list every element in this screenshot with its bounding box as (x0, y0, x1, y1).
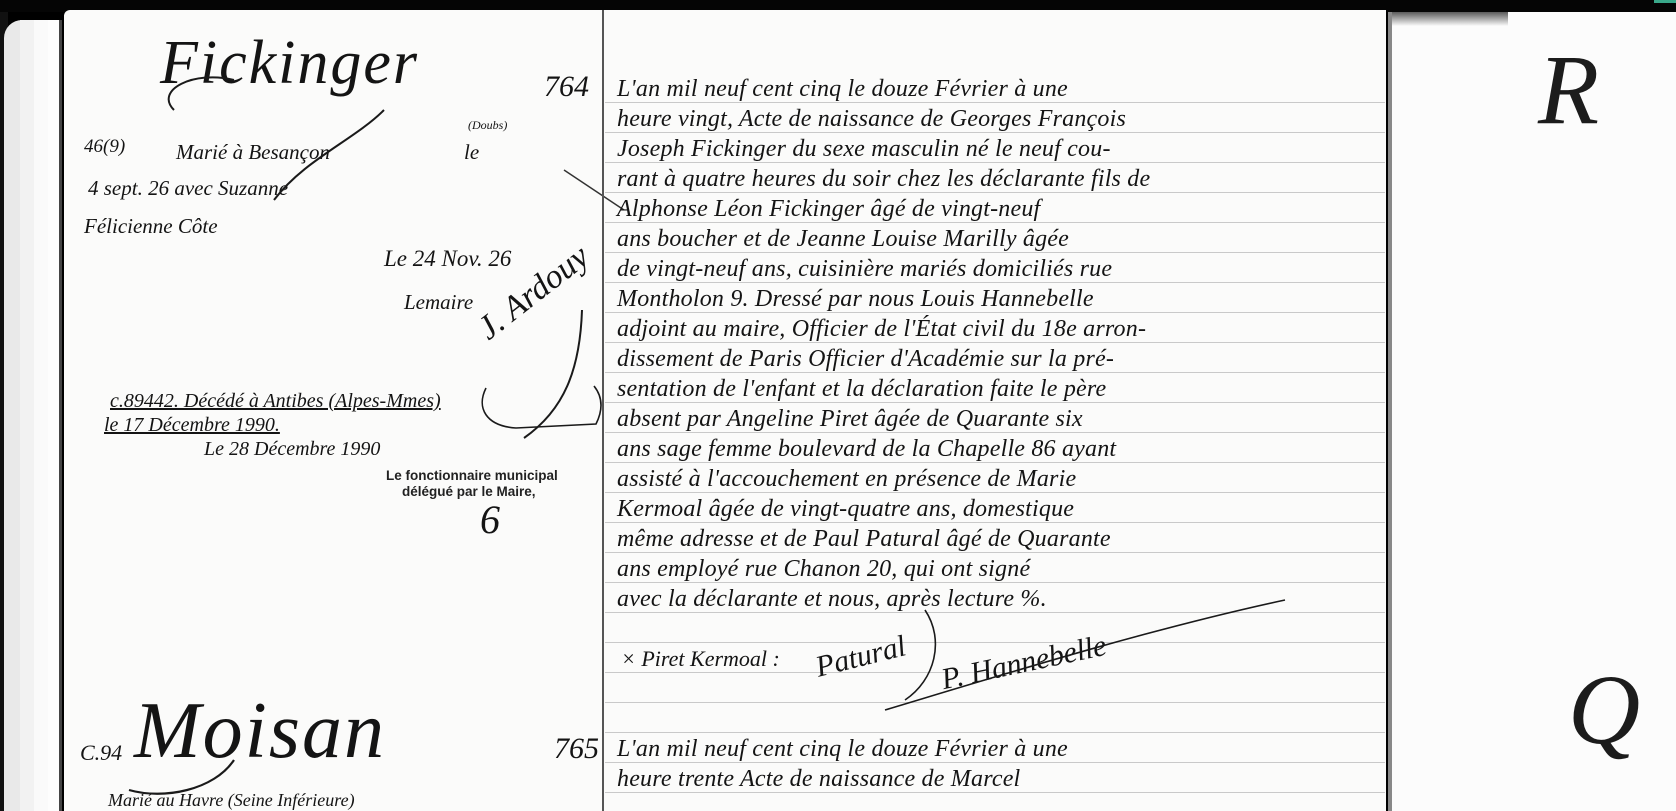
act-text-line: ans sage femme boulevard de la Chapelle … (617, 436, 1116, 463)
marriage-mention-signature: Lemaire (404, 290, 473, 315)
marriage-mention-date: Le 24 Nov. 26 (384, 246, 511, 272)
marriage-note-line-3: Félicienne Côte (84, 214, 218, 239)
moisan-flourish (124, 750, 244, 810)
act-text-line: même adresse et de Paul Patural âgé de Q… (617, 526, 1111, 553)
act-text-line: absent par Angeline Piret âgée de Quaran… (617, 406, 1083, 433)
act-text-line: sentation de l'enfant et la déclaration … (617, 376, 1106, 403)
signature-paraph (865, 590, 1305, 720)
gutter-shadow (1388, 12, 1508, 26)
column-divider (602, 10, 604, 811)
act-text-line: adjoint au maire, Officier de l'État civ… (617, 316, 1146, 343)
act-text-line: de vingt-neuf ans, cuisinière mariés dom… (617, 256, 1112, 283)
act-text-line: Montholon 9. Dressé par nous Louis Hanne… (617, 286, 1094, 313)
act-text-line: L'an mil neuf cent cinq le douze Février… (617, 76, 1068, 103)
margin-reference: C.94 (80, 740, 122, 766)
stamp-initial-signature: 6 (480, 496, 500, 543)
act-text-line: ans boucher et de Jeanne Louise Marilly … (617, 226, 1069, 253)
act-text-line: rant à quatre heures du soir chez les dé… (617, 166, 1150, 193)
witness-signatures: × Piret Kermoal : (621, 646, 780, 672)
act-text-line: heure vingt, Acte de naissance de George… (617, 106, 1126, 133)
death-note-line-1: c.89442. Décédé à Antibes (Alpes-Mmes) (110, 390, 441, 413)
facing-page: R Q (1388, 12, 1676, 811)
facing-page-capital: Q (1568, 652, 1640, 767)
death-note-line-2: le 17 Décembre 1990. (104, 414, 280, 437)
act-text-line: heure trente Acte de naissance de Marcel (617, 766, 1020, 793)
window-accent-bar (1654, 0, 1676, 3)
book-binding (0, 12, 70, 811)
act-text-line: Alphonse Léon Fickinger âgé de vingt-neu… (617, 196, 1040, 223)
death-record-date: Le 28 Décembre 1990 (204, 438, 380, 461)
act-text-line: dissement de Paris Officier d'Académie s… (617, 346, 1114, 373)
margin-column: Fickinger 46(9) Marié à Besançon le (Dou… (64, 10, 602, 811)
page-edge (48, 20, 62, 811)
act-text-line: Joseph Fickinger du sexe masculin né le … (617, 136, 1111, 163)
act-text-line: Kermoal âgée de vingt-quatre ans, domest… (617, 496, 1074, 523)
act-text-line: ans employé rue Chanon 20, qui ont signé (617, 556, 1030, 583)
margin-reference: 46(9) (84, 136, 125, 158)
entry-number: 764 (544, 70, 589, 104)
page-gutter (1388, 12, 1392, 811)
act-text-line: assisté à l'accouchement en présence de … (617, 466, 1076, 493)
entry-number: 765 (554, 732, 599, 766)
facing-page-capital: R (1538, 32, 1599, 147)
official-stamp-line-2: délégué par le Maire, (402, 484, 536, 499)
official-stamp-line-1: Le fonctionnaire municipal (386, 468, 558, 483)
register-page: Fickinger 46(9) Marié à Besançon le (Dou… (64, 10, 1386, 811)
act-text-line: L'an mil neuf cent cinq le douze Février… (617, 736, 1068, 763)
death-note-bracket (476, 378, 606, 438)
register-body-column: L'an mil neuf cent cinq le douze Février… (605, 10, 1385, 811)
ruled-line (605, 732, 1385, 733)
